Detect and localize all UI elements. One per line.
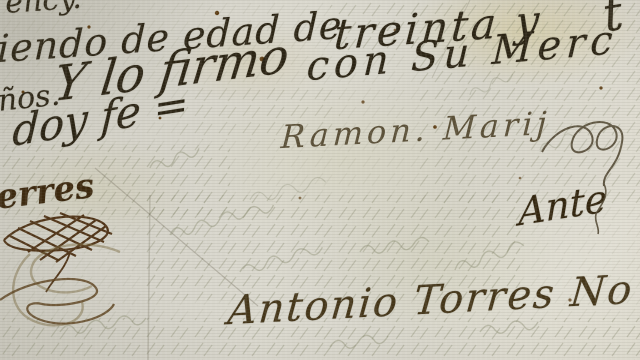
rubric-corner-loop	[0, 279, 114, 324]
signature-paraph	[542, 122, 622, 234]
manuscript-photo: ency. iendo de edad de treinta y t ños. …	[0, 0, 640, 360]
flourish-layer	[0, 0, 640, 360]
